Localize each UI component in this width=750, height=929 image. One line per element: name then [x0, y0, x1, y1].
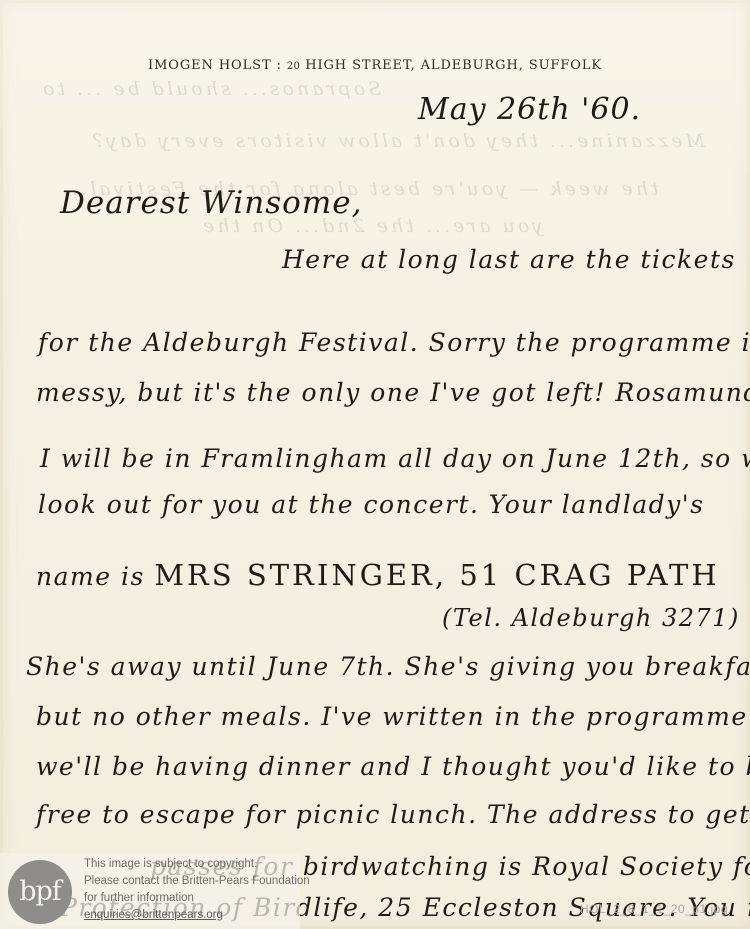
letter-line-6-prefix: name is	[36, 562, 154, 591]
letterhead-address: HIGH STREET, ALDEBURGH, SUFFOLK	[300, 58, 602, 73]
letter-salutation: Dearest Winsome,	[60, 185, 362, 221]
letter-line-10: we'll be having dinner and I thought you…	[36, 752, 750, 781]
copyright-line-1: This image is subject to copyright.	[84, 856, 310, 873]
letter-line-1: Here at long last are the tickets	[282, 245, 736, 274]
letterhead: IMOGEN HOLST : 20 HIGH STREET, ALDEBURGH…	[0, 58, 750, 73]
copyright-notice: This image is subject to copyright. Plea…	[84, 856, 310, 924]
bpf-logo-icon: bpf	[8, 860, 72, 924]
letter-date: May 26th '60.	[418, 92, 641, 127]
reverse-show-through-1: Sopranos... should be ... to	[40, 78, 381, 100]
enquiries-email-link[interactable]: enquiries@brittenpears.org	[84, 907, 310, 924]
copyright-line-3: for further information	[84, 890, 310, 907]
letter-line-5: look out for you at the concert. Your la…	[38, 490, 705, 519]
letter-line-11: free to escape for picnic lunch. The add…	[36, 800, 750, 829]
letter-line-6: name is MRS STRINGER, 51 CRAG PATH	[36, 558, 720, 592]
reverse-show-through-2: Mezzanine... they don't allow visitors e…	[90, 130, 705, 152]
landlady-address: MRS STRINGER, 51 CRAG PATH	[154, 558, 719, 592]
letterhead-separator: :	[272, 58, 287, 73]
letterhead-number: 20	[287, 61, 300, 72]
letter-line-8: She's away until June 7th. She's giving …	[26, 652, 750, 681]
letterhead-name: IMOGEN HOLST	[148, 58, 272, 73]
letter-page: Sopranos... should be ... to Mezzanine..…	[0, 0, 750, 929]
image-filename: HOL_2_8_1_1_20_p1.jpg	[580, 902, 728, 916]
letter-line-9: but no other meals. I've written in the …	[36, 702, 750, 731]
letter-line-2: for the Aldeburgh Festival. Sorry the pr…	[38, 328, 750, 357]
copyright-line-2: Please contact the Britten-Pears Foundat…	[84, 873, 310, 890]
landlady-telephone: (Tel. Aldeburgh 3271)	[442, 604, 740, 632]
letter-line-3: messy, but it's the only one I've got le…	[36, 378, 750, 407]
letter-line-4: I will be in Framlingham all day on June…	[40, 444, 750, 473]
